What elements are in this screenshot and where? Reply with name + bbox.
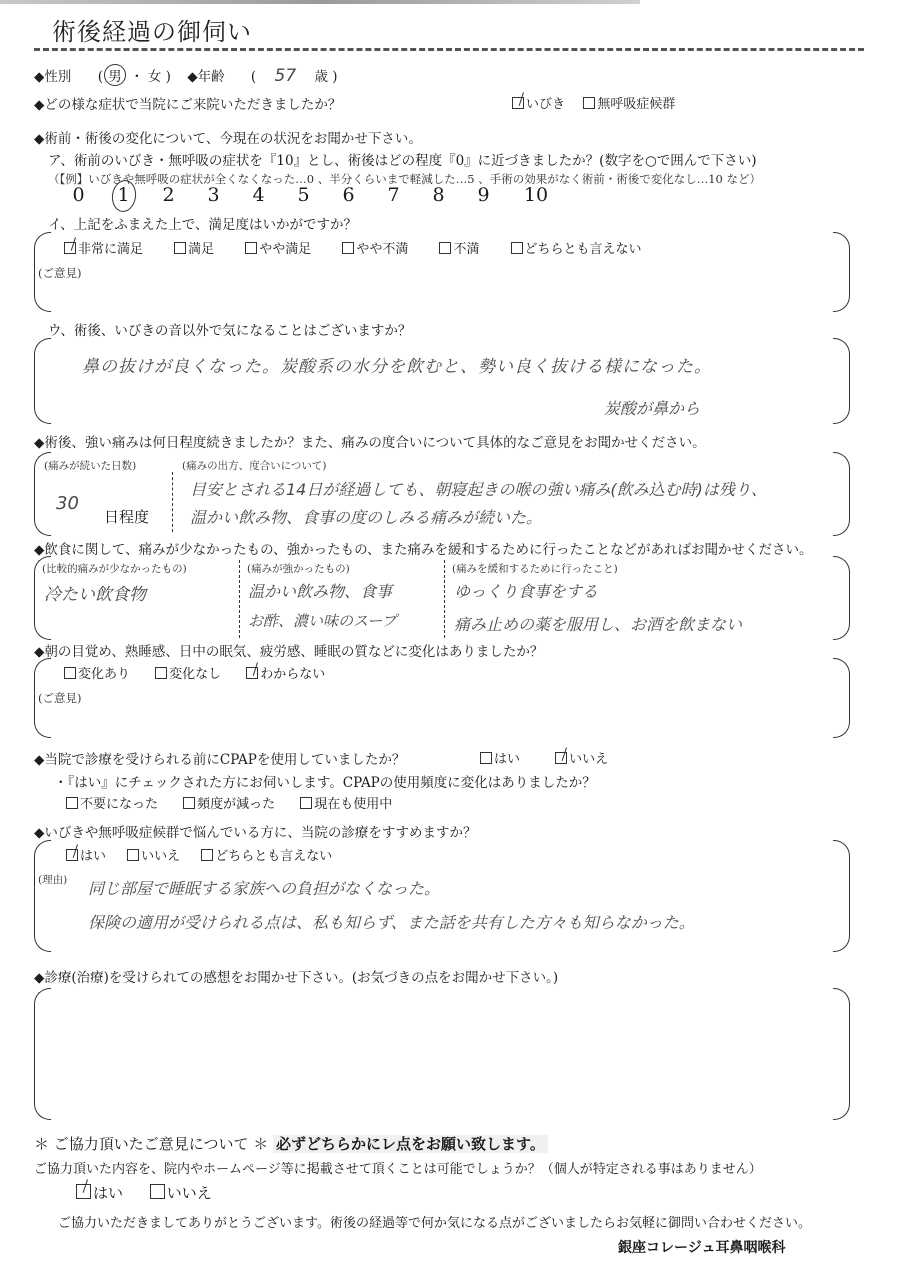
change-question: ◆術前・術後の変化について、今現在の状況をお聞かせ下さい。 bbox=[34, 127, 422, 147]
food-relief-line2[interactable]: 痛み止めの薬を服用し、お酒を飲まない bbox=[454, 612, 742, 635]
scan-edge bbox=[0, 0, 640, 4]
impressions-field[interactable] bbox=[60, 996, 830, 1106]
recommend-option-yes[interactable]: はい bbox=[66, 849, 106, 864]
recommend-reason-line1[interactable]: 同じ部屋で睡眠する家族への負担がなくなった。 bbox=[88, 876, 440, 899]
scale-9[interactable]: 9 bbox=[461, 184, 506, 206]
pain-days-unit: 日程度 bbox=[104, 506, 149, 527]
food-strong-label: (痛みが強かったもの) bbox=[247, 561, 350, 576]
pain-divider bbox=[172, 472, 173, 532]
concerns-question: ウ、術後、いびきの音以外で気になることはございますか？ bbox=[48, 319, 411, 339]
recommend-reason-label: (理由) bbox=[38, 872, 67, 887]
scale-7[interactable]: 7 bbox=[371, 184, 416, 206]
cpap-question: ◆当院で診療を受けられる前にCPAPを使用していましたか？ bbox=[34, 748, 405, 768]
satisfaction-option-very-satisfied[interactable]: 非常に満足 bbox=[64, 242, 143, 257]
pain-days-value[interactable]: 30 bbox=[56, 493, 79, 514]
food-less-label: (比較的痛みが少なかったもの) bbox=[42, 561, 187, 576]
gender-label: ◆性別 bbox=[34, 69, 71, 85]
change-scale: 012345678910 bbox=[56, 184, 566, 206]
gender-age-row: ◆性別 ( 男 ・ 女 ) ◆年齢 ( 57 歳 ) bbox=[34, 64, 338, 86]
satisfaction-option-dissatisfied[interactable]: 不満 bbox=[439, 242, 479, 257]
food-divider-1 bbox=[239, 560, 240, 638]
concerns-answer-line1[interactable]: 鼻の抜けが良くなった。炭酸系の水分を飲むと、勢い良く抜ける様になった。 bbox=[82, 352, 712, 377]
food-strong-line2[interactable]: お酢、濃い味のスープ bbox=[248, 610, 397, 631]
food-question: ◆飲食に関して、痛みが少なかったもの、強かったもの、また痛みを緩和するために行っ… bbox=[34, 538, 813, 558]
thanks-message: ご協力いただきましてありがとうございます。術後の経過等で何か気になる点がございま… bbox=[58, 1212, 811, 1231]
food-less-value[interactable]: 冷たい飲食物 bbox=[44, 580, 146, 605]
concerns-box bbox=[34, 338, 850, 424]
checkbox-icon[interactable] bbox=[150, 1184, 165, 1199]
checkbox-icon[interactable] bbox=[511, 242, 523, 254]
checkbox-checked-icon[interactable] bbox=[76, 1184, 91, 1199]
pain-question: ◆術後、強い痛みは何日程度続きましたか？また、痛みの度合いについて具体的なご意見… bbox=[34, 431, 706, 451]
scale-10[interactable]: 10 bbox=[506, 184, 566, 206]
checkbox-icon[interactable] bbox=[342, 242, 354, 254]
satisfaction-opinion-field[interactable] bbox=[100, 265, 800, 305]
checkbox-icon[interactable] bbox=[300, 797, 312, 809]
consent-question: ご協力頂いた内容を、院内やホームページ等に掲載させて頂くことは可能でしょうか？（… bbox=[34, 1158, 762, 1177]
consent-heading: ＊ ご協力頂いたご意見について ＊ 必ずどちらかにレ点をお願い致します。 bbox=[34, 1133, 548, 1154]
consent-options: はい いいえ bbox=[76, 1182, 238, 1203]
cpap-option-not-needed[interactable]: 不要になった bbox=[66, 797, 158, 812]
cpap-option-no[interactable]: いいえ bbox=[555, 752, 608, 767]
satisfaction-options: 非常に満足 満足 やや満足 やや不満 不満 どちらとも言えない bbox=[64, 238, 668, 257]
form-title: 術後経過の御伺い bbox=[52, 12, 252, 47]
recommend-reason-line2[interactable]: 保険の適用が受けられる点は、私も知らず、また話を共有した方々も知らなかった。 bbox=[88, 910, 695, 933]
satisfaction-opinion-label: (ご意見) bbox=[38, 265, 81, 281]
cpap-options: はい いいえ bbox=[480, 748, 634, 767]
impressions-question: ◆診療(治療)を受けられての感想をお聞かせ下さい。(お気づきの点をお聞かせ下さい… bbox=[34, 966, 558, 986]
checkbox-checked-icon[interactable] bbox=[66, 849, 78, 861]
checkbox-checked-icon[interactable] bbox=[64, 242, 76, 254]
recommend-question: ◆いびきや無呼吸症候群で悩んでいる方に、当院の診療をすすめますか？ bbox=[34, 821, 477, 841]
recommend-option-no[interactable]: いいえ bbox=[127, 849, 180, 864]
sleep-option-changed[interactable]: 変化あり bbox=[64, 667, 130, 682]
satisfaction-option-somewhat-dissatisfied[interactable]: やや不満 bbox=[342, 242, 408, 257]
concerns-answer-insert[interactable]: 炭酸が鼻から bbox=[604, 396, 700, 419]
consent-option-no[interactable]: いいえ bbox=[150, 1184, 212, 1202]
recommend-option-neither[interactable]: どちらとも言えない bbox=[201, 849, 332, 864]
checkbox-icon[interactable] bbox=[66, 797, 78, 809]
change-a-question: ア、術前のいびき・無呼吸の症状を『10』とし、術後はどの程度『0』に近づきました… bbox=[48, 149, 757, 169]
scale-8[interactable]: 8 bbox=[416, 184, 461, 206]
sleep-opinion-field[interactable] bbox=[100, 690, 800, 730]
symptom-question: ◆どの様な症状で当院にご来院いただきましたか？ bbox=[34, 93, 341, 113]
scale-0[interactable]: 0 bbox=[56, 184, 101, 206]
scale-4[interactable]: 4 bbox=[236, 184, 281, 206]
consent-heading-prefix: ＊ ご協力頂いたご意見について ＊ bbox=[34, 1135, 268, 1153]
checkbox-icon[interactable] bbox=[583, 97, 595, 109]
age-unit: 歳 bbox=[314, 69, 328, 85]
food-relief-label: (痛みを緩和するために行ったこと) bbox=[452, 561, 618, 576]
sleep-options: 変化あり 変化なし わからない bbox=[64, 663, 351, 682]
gender-option-male[interactable]: 男 bbox=[104, 64, 126, 86]
scale-5[interactable]: 5 bbox=[281, 184, 326, 206]
satisfaction-option-satisfied[interactable]: 満足 bbox=[174, 242, 214, 257]
checkbox-icon[interactable] bbox=[245, 242, 257, 254]
checkbox-icon[interactable] bbox=[480, 752, 492, 764]
symptom-option-snoring[interactable]: いびき bbox=[512, 97, 565, 112]
checkbox-checked-icon[interactable] bbox=[512, 97, 524, 109]
food-divider-2 bbox=[444, 560, 445, 638]
pain-detail-label: (痛みの出方、度合いについて) bbox=[182, 458, 326, 473]
checkbox-icon[interactable] bbox=[201, 849, 213, 861]
checkbox-icon[interactable] bbox=[64, 667, 76, 679]
checkbox-icon[interactable] bbox=[439, 242, 451, 254]
sleep-option-unknown[interactable]: わからない bbox=[246, 667, 325, 682]
clinic-name: 銀座コレージュ耳鼻咽喉科 bbox=[618, 1237, 785, 1257]
pain-days-label: (痛みが続いた日数) bbox=[44, 458, 136, 473]
cpap-followup: ・『はい』にチェックされた方にお伺いします。CPAPの使用頻度に変化はありました… bbox=[54, 771, 596, 791]
checkbox-icon[interactable] bbox=[127, 849, 139, 861]
consent-heading-emphasis: 必ずどちらかにレ点をお願い致します。 bbox=[273, 1135, 548, 1153]
checkbox-icon[interactable] bbox=[174, 242, 186, 254]
title-divider bbox=[34, 48, 864, 51]
sleep-option-no-change[interactable]: 変化なし bbox=[155, 667, 221, 682]
sleep-opinion-label: (ご意見) bbox=[38, 690, 81, 706]
pain-detail-line1[interactable]: 目安とされる14日が経過しても、朝寝起きの喉の強い痛み(飲み込む時)は残り、 bbox=[190, 477, 767, 500]
consent-option-yes[interactable]: はい bbox=[76, 1184, 123, 1202]
satisfaction-question: イ、上記をふまえた上で、満足度はいかがですか？ bbox=[48, 213, 357, 233]
scale-2[interactable]: 2 bbox=[146, 184, 191, 206]
satisfaction-option-neither[interactable]: どちらとも言えない bbox=[511, 242, 642, 257]
checkbox-icon[interactable] bbox=[155, 667, 167, 679]
cpap-followup-options: 不要になった 頻度が減った 現在も使用中 bbox=[66, 793, 418, 812]
scale-3[interactable]: 3 bbox=[191, 184, 236, 206]
symptom-options: いびき 無呼吸症候群 bbox=[512, 93, 701, 112]
food-strong-line1[interactable]: 温かい飲み物、食事 bbox=[248, 579, 392, 602]
cpap-option-still-using[interactable]: 現在も使用中 bbox=[300, 797, 392, 812]
checkbox-checked-icon[interactable] bbox=[246, 667, 258, 679]
scale-1-selected[interactable]: 1 bbox=[101, 184, 146, 206]
pain-detail-line2[interactable]: 温かい飲み物、食事の度のしみる痛みが続いた。 bbox=[190, 505, 542, 528]
cpap-option-reduced[interactable]: 頻度が減った bbox=[183, 797, 275, 812]
age-value[interactable]: 57 bbox=[275, 66, 297, 86]
checkbox-icon[interactable] bbox=[183, 797, 195, 809]
food-relief-line1[interactable]: ゆっくり食事をする bbox=[454, 579, 598, 602]
gender-option-female[interactable]: 女 bbox=[148, 69, 162, 85]
sleep-question: ◆朝の目覚め、熟睡感、日中の眠気、疲労感、睡眠の質などに変化はありましたか？ bbox=[34, 640, 543, 660]
checkbox-checked-icon[interactable] bbox=[555, 752, 567, 764]
age-label: ◆年齢 bbox=[187, 69, 224, 85]
scale-6[interactable]: 6 bbox=[326, 184, 371, 206]
satisfaction-option-somewhat-satisfied[interactable]: やや満足 bbox=[245, 242, 311, 257]
symptom-option-apnea[interactable]: 無呼吸症候群 bbox=[583, 97, 675, 112]
cpap-option-yes[interactable]: はい bbox=[480, 752, 520, 767]
recommend-options: はい いいえ どちらとも言えない bbox=[66, 845, 358, 864]
